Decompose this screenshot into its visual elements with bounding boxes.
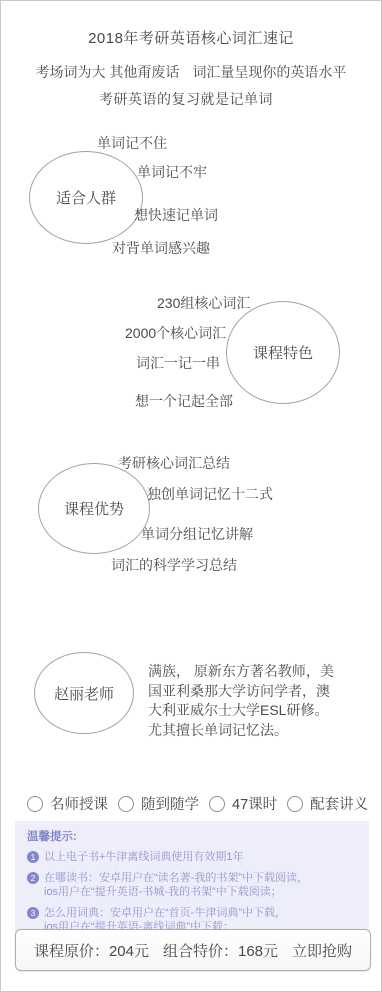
tip-text-line: 怎么用词典：安卓用户在“首页-牛津词典”中下载，: [44, 906, 357, 921]
original-price: 课程原价：204元: [34, 940, 149, 961]
course-advantage-item: 考研核心词汇总结: [118, 453, 230, 473]
subtitle-secondary: 考研英语的复习就是记单词: [99, 89, 273, 109]
features-row: 名师授课 随到随学 47课时 配套讲义: [27, 793, 368, 814]
audience-circle: 适合人群: [29, 151, 143, 244]
course-feature-item: 230组核心词汇: [157, 293, 250, 313]
feature-item: 47课时: [209, 793, 277, 814]
numbered-bullet-icon: 1: [27, 851, 39, 863]
feature-label: 配套讲义: [310, 793, 368, 814]
course-advantage-circle-label: 课程优势: [64, 498, 124, 519]
purchase-bar[interactable]: 课程原价：204元 组合特价：168元 立即抢购: [15, 929, 371, 971]
course-feature-item: 2000个核心词汇: [125, 323, 226, 343]
course-feature-item: 想一个记起全部: [135, 391, 233, 411]
checkbox-icon[interactable]: [209, 796, 225, 812]
numbered-bullet-icon: 2: [27, 872, 39, 884]
audience-circle-label: 适合人群: [56, 187, 116, 208]
checkbox-icon[interactable]: [118, 796, 134, 812]
tip-text-line: 以上电子书+牛津离线词典使用有效期1年: [44, 850, 357, 865]
audience-item: 单词记不牢: [137, 162, 207, 182]
subtitle-claim: 词汇量呈现你的英语水平: [192, 62, 346, 82]
checkbox-icon[interactable]: [27, 796, 43, 812]
tip-text-line: ios用户在“提升英语-书城-我的书架”中下载阅读；: [44, 885, 357, 900]
feature-item: 随到随学: [118, 793, 199, 814]
tip-item: 1 以上电子书+牛津离线词典使用有效期1年: [27, 850, 357, 865]
course-advantage-item: 词汇的科学学习总结: [111, 555, 237, 575]
tips-box: 温馨提示: 1 以上电子书+牛津离线词典使用有效期1年 2 在哪读书：安卓用户在…: [15, 821, 369, 945]
tip-item: 2 在哪读书：安卓用户在“读名著-我的书架”中下载阅读， ios用户在“提升英语…: [27, 871, 357, 900]
course-page: 2018年考研英语核心词汇速记 考场词为大 其他甭废话 词汇量呈现你的英语水平 …: [0, 0, 382, 992]
page-title: 2018年考研英语核心词汇速记: [1, 27, 381, 48]
teacher-circle: 赵丽老师: [34, 652, 134, 734]
feature-label: 随到随学: [141, 793, 199, 814]
course-feature-item: 词汇一记一串: [136, 353, 220, 373]
audience-item: 想快速记单词: [134, 205, 218, 225]
course-advantage-item: 独创单词记忆十二式: [147, 484, 273, 504]
feature-label: 47课时: [232, 793, 277, 814]
checkbox-icon[interactable]: [287, 796, 303, 812]
buy-now-button[interactable]: 立即抢购: [292, 940, 352, 961]
feature-item: 名师授课: [27, 793, 108, 814]
audience-item: 对背单词感兴趣: [112, 238, 210, 258]
feature-item: 配套讲义: [287, 793, 368, 814]
feature-label: 名师授课: [50, 793, 108, 814]
subtitle-slogan: 考场词为大 其他甭废话: [36, 62, 180, 82]
teacher-bio: 满族， 原新东方著名教师，美国亚利桑那大学访问学者，澳大利亚威尔士大学ESL研修…: [148, 662, 338, 740]
numbered-bullet-icon: 3: [27, 907, 39, 919]
tips-title: 温馨提示:: [27, 828, 357, 844]
subtitle-row: 考场词为大 其他甭废话 词汇量呈现你的英语水平: [1, 62, 381, 82]
course-advantage-item: 单词分组记忆讲解: [141, 524, 253, 544]
teacher-name: 赵丽老师: [54, 683, 114, 704]
course-feature-circle: 课程特色: [226, 301, 340, 404]
audience-item: 单词记不住: [97, 133, 167, 153]
course-feature-circle-label: 课程特色: [253, 342, 313, 363]
course-advantage-circle: 课程优势: [38, 463, 150, 554]
tip-text-line: 在哪读书：安卓用户在“读名著-我的书架”中下载阅读，: [44, 871, 357, 886]
combo-price: 组合特价：168元: [163, 940, 278, 961]
